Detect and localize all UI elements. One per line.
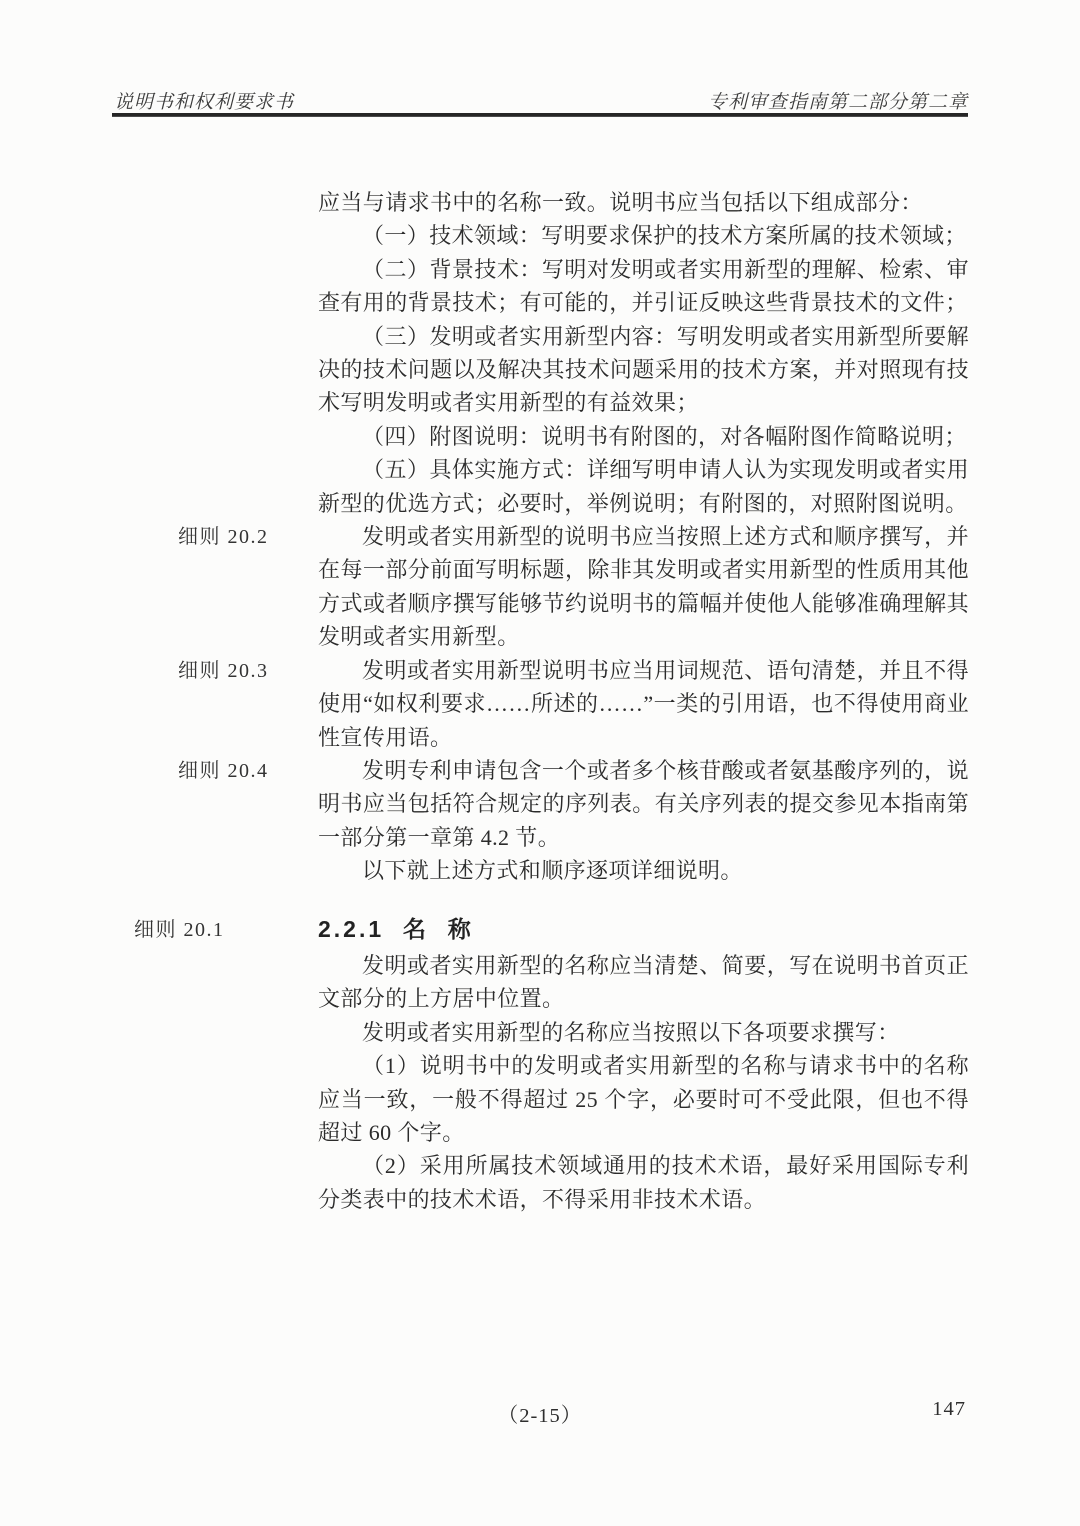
paragraph: （二）背景技术：写明对发明或者实用新型的理解、检索、审查有用的背景技术；有可能的… xyxy=(318,253,969,320)
paragraph: 细则 20.3发明或者实用新型说明书应当用词规范、语句清楚，并且不得使用“如权利… xyxy=(318,654,969,754)
paragraph-text: 以下就上述方式和顺序逐项详细说明。 xyxy=(362,858,743,883)
page-header: 说明书和权利要求书 专利审查指南第二部分第二章 xyxy=(114,87,968,114)
paragraph-text: （四）附图说明：说明书有附图的，对各幅附图作简略说明； xyxy=(362,424,967,449)
paragraph: 应当与请求书中的名称一致。说明书应当包括以下组成部分： xyxy=(318,186,969,219)
document-page: 说明书和权利要求书 专利审查指南第二部分第二章 应当与请求书中的名称一致。说明书… xyxy=(0,0,1080,1526)
paragraph: （2）采用所属技术领域通用的技术术语，最好采用国际专利分类表中的技术术语，不得采… xyxy=(318,1149,969,1216)
margin-rule-note: 细则 20.3 xyxy=(134,655,269,688)
running-head-right: 专利审查指南第二部分第二章 xyxy=(708,87,968,114)
paragraph-text: （二）背景技术：写明对发明或者实用新型的理解、检索、审查有用的背景技术；有可能的… xyxy=(318,257,969,315)
paragraph-text: （1）说明书中的发明或者实用新型的名称与请求书中的名称应当一致，一般不得超过 2… xyxy=(318,1053,969,1145)
heading-text: 2.2.1 名 称 xyxy=(318,916,474,942)
margin-rule-note: 细则 20.2 xyxy=(134,521,269,554)
page-footer: （2-15） 147 xyxy=(0,1398,1080,1428)
running-head-left: 说明书和权利要求书 xyxy=(114,87,294,114)
paragraph: 细则 20.4发明专利申请包含一个或者多个核苷酸或者氨基酸序列的，说明书应当包括… xyxy=(318,754,969,854)
paragraph: 细则 20.2发明或者实用新型的说明书应当按照上述方式和顺序撰写，并在每一部分前… xyxy=(318,520,969,654)
paragraph-text: （一）技术领域：写明要求保护的技术方案所属的技术领域； xyxy=(362,223,967,248)
paragraph: （四）附图说明：说明书有附图的，对各幅附图作简略说明； xyxy=(318,420,969,453)
paragraph: （五）具体实施方式：详细写明申请人认为实现发明或者实用新型的优选方式；必要时，举… xyxy=(318,453,969,520)
paragraph: （三）发明或者实用新型内容：写明发明或者实用新型所要解决的技术问题以及解决其技术… xyxy=(318,320,969,420)
paragraph-text: （五）具体实施方式：详细写明申请人认为实现发明或者实用新型的优选方式；必要时，举… xyxy=(318,457,969,515)
paragraph-text: 发明或者实用新型的名称应当按照以下各项要求撰写： xyxy=(362,1020,900,1045)
footer-section-number: （2-15） xyxy=(0,1398,1080,1428)
section-heading: 细则 20.12.2.1 名 称 xyxy=(318,913,969,946)
paragraph-text: 发明专利申请包含一个或者多个核苷酸或者氨基酸序列的，说明书应当包括符合规定的序列… xyxy=(318,758,969,850)
paragraph: 以下就上述方式和顺序逐项详细说明。 xyxy=(318,854,969,887)
paragraph-text: （2）采用所属技术领域通用的技术术语，最好采用国际专利分类表中的技术术语，不得采… xyxy=(318,1153,969,1211)
paragraph: 发明或者实用新型的名称应当清楚、简要，写在说明书首页正文部分的上方居中位置。 xyxy=(318,949,969,1016)
margin-rule-note: 细则 20.4 xyxy=(134,755,269,788)
header-rule xyxy=(112,113,968,117)
body-content: 应当与请求书中的名称一致。说明书应当包括以下组成部分：（一）技术领域：写明要求保… xyxy=(318,186,969,1216)
paragraph-text: 发明或者实用新型的说明书应当按照上述方式和顺序撰写，并在每一部分前面写明标题，除… xyxy=(318,524,969,649)
paragraph: 发明或者实用新型的名称应当按照以下各项要求撰写： xyxy=(318,1016,969,1049)
paragraph-text: 应当与请求书中的名称一致。说明书应当包括以下组成部分： xyxy=(318,190,923,215)
paragraph-text: 发明或者实用新型的名称应当清楚、简要，写在说明书首页正文部分的上方居中位置。 xyxy=(318,953,969,1011)
paragraph-text: （三）发明或者实用新型内容：写明发明或者实用新型所要解决的技术问题以及解决其技术… xyxy=(318,324,969,416)
footer-page-number: 147 xyxy=(932,1398,966,1421)
paragraph: （一）技术领域：写明要求保护的技术方案所属的技术领域； xyxy=(318,219,969,252)
paragraph: （1）说明书中的发明或者实用新型的名称与请求书中的名称应当一致，一般不得超过 2… xyxy=(318,1049,969,1149)
margin-rule-note: 细则 20.1 xyxy=(134,914,225,947)
paragraph-text: 发明或者实用新型说明书应当用词规范、语句清楚，并且不得使用“如权利要求……所述的… xyxy=(318,658,969,750)
